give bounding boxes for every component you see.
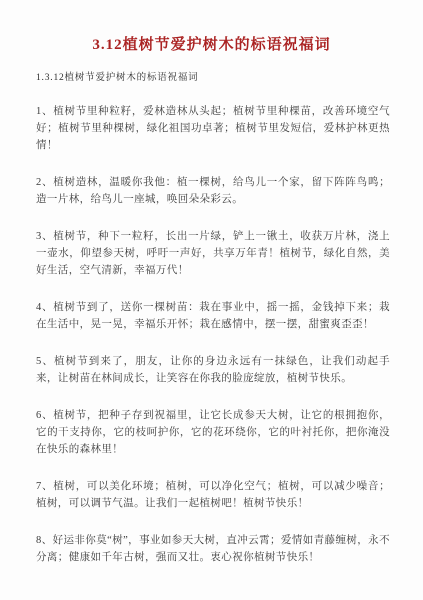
paragraph-7: 7、植树，可以美化环境；植树，可以净化空气；植树，可以减少噪音；植树，可以调节气… <box>36 478 390 512</box>
document-subtitle: 1.3.12植树节爱护树木的标语祝福词 <box>36 69 387 83</box>
document-page: 3.12植树节爱护树木的标语祝福词 1.3.12植树节爱护树木的标语祝福词 1、… <box>0 0 423 600</box>
paragraph-3: 3、植树节，种下一粒籽，长出一片绿，铲上一锹土，收获万片林，浇上一壶水，仰望参天… <box>36 228 390 279</box>
paragraph-1: 1、植树节里种粒籽，爱林造林从头起；植树节里种棵苗，改善环境空气好；植树节里种棵… <box>36 103 390 154</box>
paragraph-8: 8、好运非你莫“树”，事业如参天大树，直冲云霄；爱情如青藤缠树，永不分离；健康如… <box>36 532 390 566</box>
paragraph-6: 6、植树节，把种子存到祝福里，让它长成参天大树，让它的根拥抱你，它的干支持你，它… <box>36 407 390 458</box>
paragraph-4: 4、植树节到了，送你一棵树苗：栽在事业中，摇一摇，金钱掉下来；栽在生活中，晃一晃… <box>36 299 390 333</box>
paragraph-2: 2、植树造林，温暖你我他：植一棵树，给鸟儿一个家，留下阵阵鸟鸣；造一片林，给鸟儿… <box>36 174 390 208</box>
paragraph-5: 5、植树节到来了，朋友，让你的身边永远有一抹绿色，让我们动起手来，让树苗在林间成… <box>36 353 390 387</box>
document-body: 1、植树节里种粒籽，爱林造林从头起；植树节里种棵苗，改善环境空气好；植树节里种棵… <box>36 103 390 566</box>
page-title: 3.12植树节爱护树木的标语祝福词 <box>0 0 423 54</box>
